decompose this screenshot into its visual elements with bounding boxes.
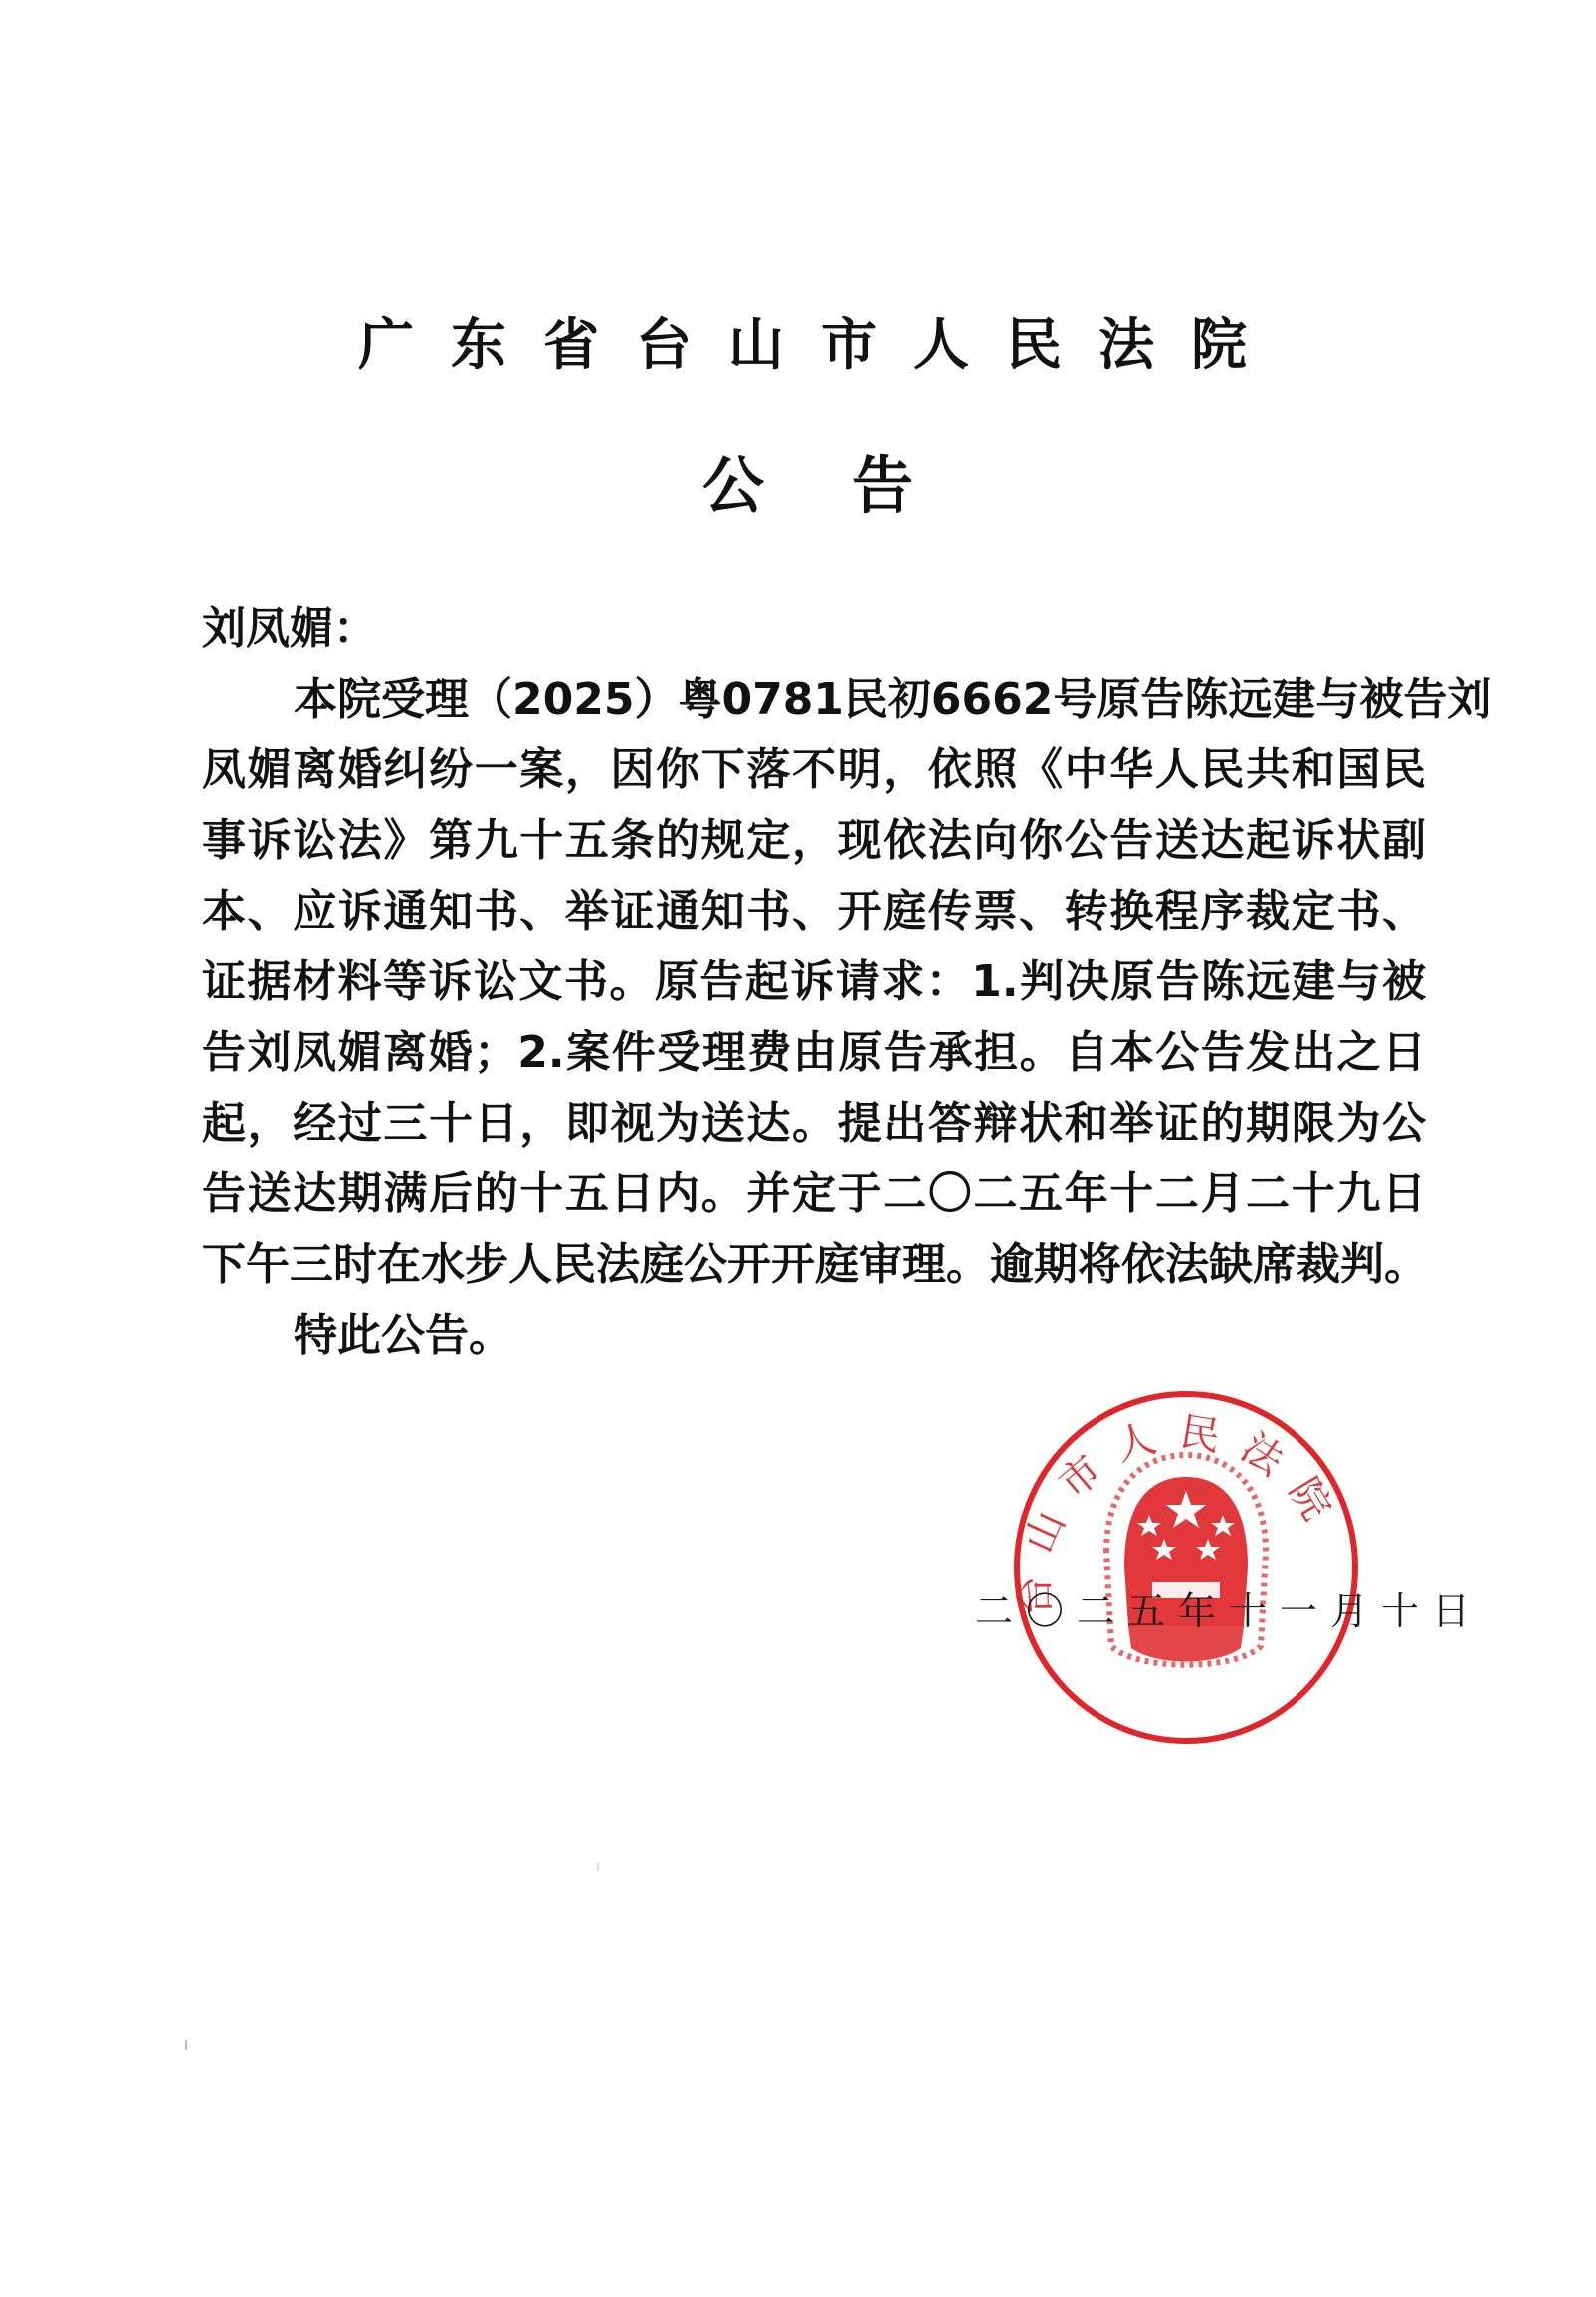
paragraph-line: 告刘凤媚离婚；2.案件受理费由原告承担。自本公告发出之日: [202, 1017, 1426, 1088]
salutation: 刘凤媚：: [202, 593, 1426, 664]
court-name-heading: 广东省台山市人民法院: [358, 311, 1294, 382]
closing-line: 特此公告。: [202, 1300, 1426, 1370]
paragraph-line: 凤媚离婚纠纷一案，因你下落不明，依照《中华人民共和国民: [202, 734, 1426, 805]
paragraph-line: 证据材料等诉讼文书。原告起诉请求：1.判决原告陈远建与被: [202, 946, 1426, 1017]
paragraph-line: 起，经过三十日，即视为送达。提出答辩状和举证的期限为公: [202, 1088, 1426, 1158]
paragraph-line: 本院受理（2025）粤0781民初6662号原告陈远建与被告刘: [202, 664, 1426, 734]
paragraph-line: 事诉讼法》第九十五条的规定，现依法向你公告送达起诉状副: [202, 805, 1426, 876]
notice-body: 刘凤媚： 本院受理（2025）粤0781民初6662号原告陈远建与被告刘 凤媚离…: [202, 593, 1426, 1370]
document-title: 公告: [702, 446, 1001, 525]
court-seal-icon: 台山市人民法院: [1007, 1387, 1365, 1748]
paragraph-line: 告送达期满后的十五日内。并定于二〇二五年十二月二十九日: [202, 1158, 1426, 1229]
issue-date: 二〇二五年十一月十日: [975, 1580, 1483, 1635]
scan-speck: [597, 1863, 599, 1871]
paragraph-line: 下午三时在水步人民法庭公开开庭审理。逾期将依法缺席裁判。: [202, 1229, 1426, 1300]
scan-speck: [185, 2040, 187, 2050]
paragraph-line: 本、应诉通知书、举证通知书、开庭传票、转换程序裁定书、: [202, 876, 1426, 946]
